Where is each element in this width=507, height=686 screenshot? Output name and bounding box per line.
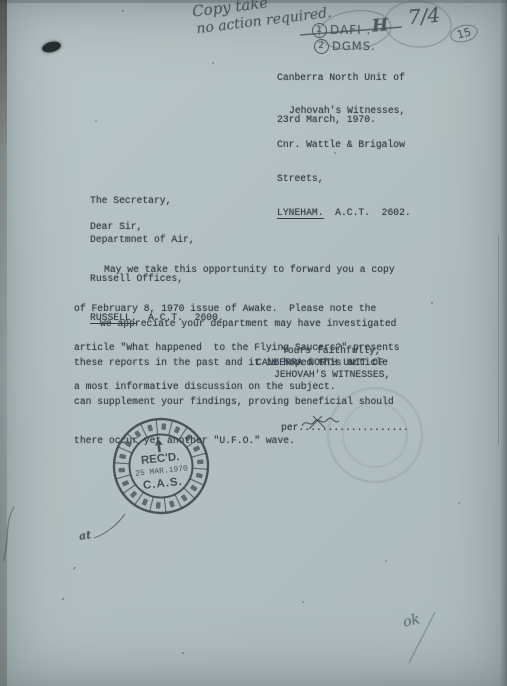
ghost-stamp xyxy=(318,385,433,500)
fraction-mark: 7/4 xyxy=(407,3,441,30)
salutation: Dear Sir, xyxy=(90,220,142,233)
crease-line xyxy=(498,235,499,445)
letterhead-area: A.C.T. 2602. xyxy=(324,207,411,218)
routing-strike-line xyxy=(298,20,408,40)
letterhead-line: Canberra North Unit of xyxy=(277,72,411,83)
closing-line-3: JEHOVAH'S WITNESSES, xyxy=(274,368,390,381)
letterhead: Canberra North Unit of Jehovah's Witness… xyxy=(277,49,411,241)
handwritten-initials-mark: at xyxy=(78,528,92,543)
letterhead-line: LYNEHAM. A.C.T. 2602. xyxy=(277,207,411,218)
body-line: We appreciate your department may have i… xyxy=(100,317,397,330)
stamp-org: C.A.S. xyxy=(142,476,183,492)
ok-slash-stroke xyxy=(406,610,438,666)
per-label: per xyxy=(281,422,298,433)
letterhead-line: Streets, xyxy=(277,173,411,184)
body-line: May we take this opportunity to forward … xyxy=(104,263,400,276)
date-line: 23rd March, 1970. xyxy=(277,113,376,126)
recipient-line: The Secretary, xyxy=(90,194,224,207)
scanned-letter-page: Copy take no action required. 1DAFI . H … xyxy=(0,0,507,686)
initials-tail-stroke xyxy=(92,512,128,540)
ink-blot xyxy=(41,40,62,54)
letterhead-city: LYNEHAM. xyxy=(277,207,324,219)
paper-specks xyxy=(0,0,2,2)
paper-edge-left xyxy=(0,0,7,686)
signature-squiggle xyxy=(300,413,342,433)
pen-curve-mark xyxy=(0,505,20,565)
pen-dot-mark: ‚ xyxy=(73,560,76,571)
stamp-arrow-icon xyxy=(154,438,163,452)
letterhead-line: Cnr. Wattle & Brigalow xyxy=(277,139,411,150)
paper-edge-right xyxy=(500,0,507,686)
